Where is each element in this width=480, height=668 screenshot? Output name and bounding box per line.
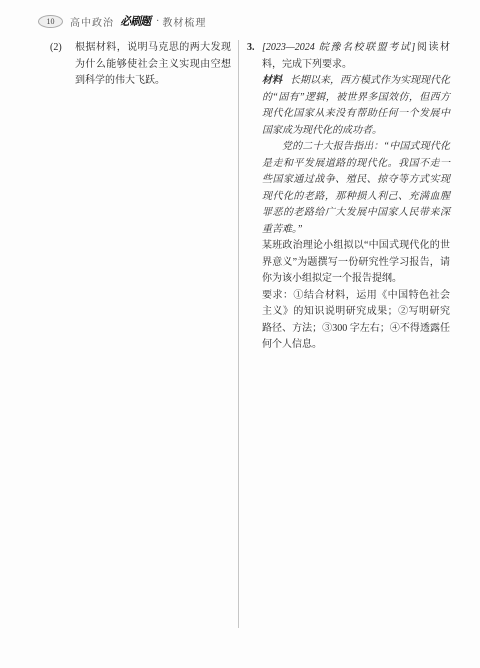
question-2-text: 根据材料，说明马克思的两大发现为什么能够使社会主义实现由空想到科学的伟大飞跃。 bbox=[75, 40, 231, 90]
question-3-number: 3. bbox=[247, 40, 262, 354]
page-header: 10 高中政治 必刷题 · 教材梳理 bbox=[38, 13, 206, 29]
task-paragraph: 某班政治理论小组拟以“中国式现代化的世界意义”为题撰写一份研究性学习报告，请你为… bbox=[262, 238, 450, 288]
question-3-stem-line: [2023—2024 皖豫名校联盟考试]阅读材料，完成下列要求。 bbox=[262, 40, 450, 73]
page-number: 10 bbox=[47, 17, 55, 26]
question-3: 3. [2023—2024 皖豫名校联盟考试]阅读材料，完成下列要求。 材料长期… bbox=[247, 40, 450, 354]
material-intro: 长期以来，西方模式作为实现现代化的“固有”逻辑，被世界多国效仿，但西方现代化国家… bbox=[262, 75, 450, 136]
column-divider bbox=[238, 40, 239, 628]
header-subject: 高中政治 bbox=[70, 14, 114, 29]
material-quote-paragraph: 党的二十大报告指出：“中国式现代化是走和平发展道路的现代化。我国不走一些国家通过… bbox=[262, 139, 450, 238]
exam-source: [2023—2024 皖豫名校联盟考试] bbox=[262, 42, 415, 53]
series-logo: 必刷题 bbox=[120, 13, 150, 29]
requirements-paragraph: 要求：①结合材料，运用《中国特色社会主义》的知识说明研究成果；②写明研究路径、方… bbox=[262, 288, 450, 354]
page-number-badge: 10 bbox=[38, 15, 63, 28]
question-2-number: (2) bbox=[50, 40, 75, 90]
material-intro-paragraph: 材料长期以来，西方模式作为实现现代化的“固有”逻辑，被世界多国效仿，但西方现代化… bbox=[262, 73, 450, 139]
question-2: (2) 根据材料，说明马克思的两大发现为什么能够使社会主义实现由空想到科学的伟大… bbox=[50, 40, 231, 90]
header-separator: · bbox=[156, 16, 159, 27]
header-section: 教材梳理 bbox=[162, 14, 206, 29]
material-label: 材料 bbox=[262, 75, 282, 86]
